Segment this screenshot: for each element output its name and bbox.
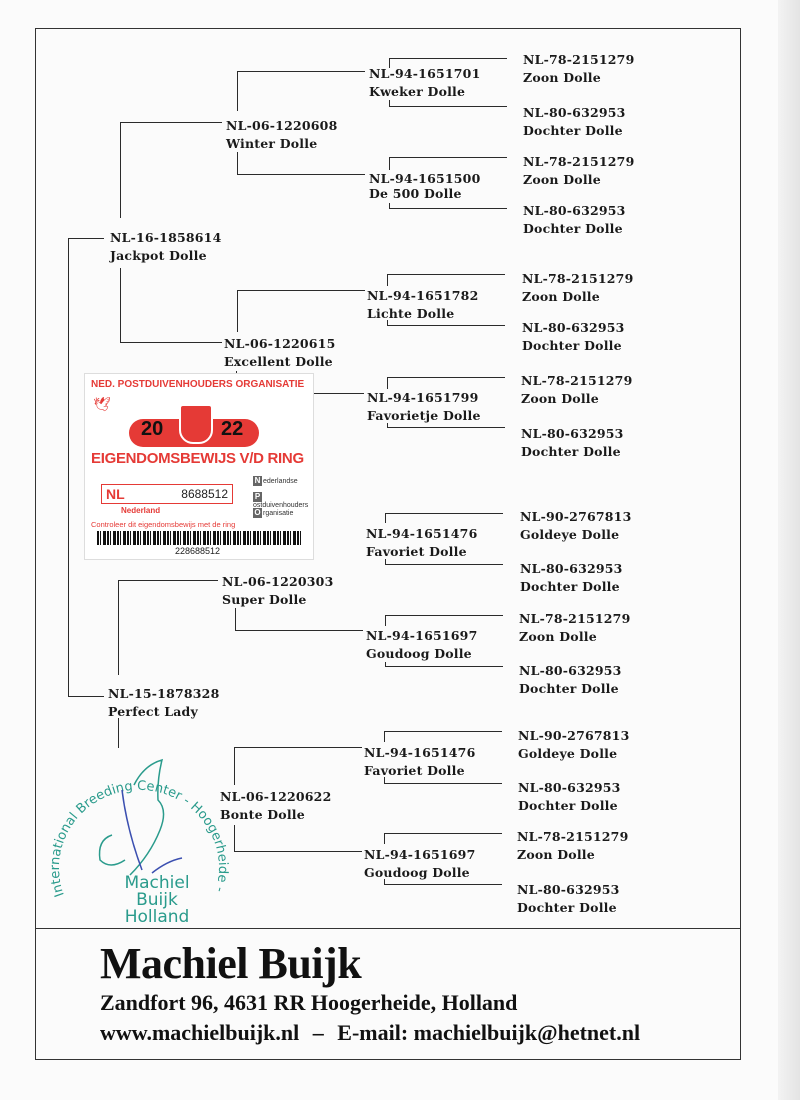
connector-line xyxy=(385,615,386,626)
connector-line xyxy=(235,630,363,631)
great-great-grandparent: NL-80-632953Dochter Dolle xyxy=(518,779,621,815)
breeder-address: Zandfort 96, 4631 RR Hoogerheide, Hollan… xyxy=(100,990,517,1016)
email-label: E-mail: xyxy=(337,1020,408,1045)
barcode xyxy=(97,531,302,545)
bird-name: Zoon Dolle xyxy=(519,628,630,646)
contact-line: www.machielbuijk.nl – E-mail: machielbui… xyxy=(100,1020,640,1046)
page-edge xyxy=(778,0,800,1100)
country-label: Nederland xyxy=(121,506,160,515)
connector-line xyxy=(120,342,222,343)
great-grandparent: NL-94-1651500 De 500 Dolle xyxy=(369,171,480,201)
eagle-icon xyxy=(100,760,183,875)
stamp-name: Machiel Buijk xyxy=(124,873,189,910)
connector-line xyxy=(237,71,365,72)
bird-name: Jackpot Dolle xyxy=(110,247,221,265)
great-grandparent: NL-94-1651697 Goudoog Dolle xyxy=(364,846,475,882)
sire: NL-16-1858614 Jackpot Dolle xyxy=(110,229,221,265)
connector-line xyxy=(385,513,503,514)
barcode-number: 228688512 xyxy=(175,546,220,556)
breeding-center-stamp: International Breeding Center - Hoogerhe… xyxy=(42,745,232,920)
great-grandparent: NL-94-1651701 Kweker Dolle xyxy=(369,65,480,101)
ring-number: NL-06-1220303 xyxy=(222,573,333,591)
connector-line xyxy=(389,208,507,209)
bird-name: Goldeye Dolle xyxy=(520,526,631,544)
ring-number: NL-94-1651701 xyxy=(369,65,480,83)
ring-number: NL-16-1858614 xyxy=(110,229,221,247)
bird-name: Favoriet Dolle xyxy=(364,762,475,780)
connector-line xyxy=(118,580,119,675)
email-link[interactable]: machielbuijk@hetnet.nl xyxy=(414,1020,640,1045)
connector-line xyxy=(387,325,505,326)
npo-line: Postduivenhouders xyxy=(253,492,313,509)
npo-letter: N xyxy=(253,476,262,486)
great-great-grandparent: NL-78-2151279Zoon Dolle xyxy=(521,372,632,408)
bird-name: Favoriet Dolle xyxy=(366,543,477,561)
bird-name: Dochter Dolle xyxy=(523,220,626,238)
ring-number: NL-94-1651476 xyxy=(366,525,477,543)
connector-line xyxy=(234,747,362,748)
year-right: 22 xyxy=(221,418,243,441)
connector-line xyxy=(68,238,69,696)
bird-name: Dochter Dolle xyxy=(520,578,623,596)
great-grandparent: NL-94-1651782 Lichte Dolle xyxy=(367,287,478,323)
ring-number: NL-90-2767813 xyxy=(518,727,629,745)
great-grandparent: NL-94-1651476 Favoriet Dolle xyxy=(366,525,477,561)
ring-number: NL-80-632953 xyxy=(517,881,620,899)
bird-name: Dochter Dolle xyxy=(523,122,626,140)
ring-number: NL-06-1220615 xyxy=(224,335,335,353)
connector-line xyxy=(384,731,502,732)
ring-number: NL-78-2151279 xyxy=(523,51,634,69)
connector-line xyxy=(120,122,121,218)
bird-name: Goldeye Dolle xyxy=(518,745,629,763)
connector-line xyxy=(385,615,503,616)
bird-name: Dochter Dolle xyxy=(519,680,622,698)
connector-line xyxy=(68,238,104,239)
stamp-country: Holland xyxy=(125,907,190,927)
connector-line xyxy=(120,122,222,123)
lion-crest-icon xyxy=(179,404,213,444)
bird-name: Dochter Dolle xyxy=(518,797,621,815)
ring-number: NL-78-2151279 xyxy=(521,372,632,390)
bird-name: Goudoog Dolle xyxy=(364,864,475,882)
connector-line xyxy=(387,377,388,389)
great-grandparent: NL-94-1651799 Favorietje Dolle xyxy=(367,389,481,425)
connector-line xyxy=(384,884,502,885)
breeder-name: Machiel Buijk xyxy=(100,938,361,989)
great-great-grandparent: NL-80-632953Dochter Dolle xyxy=(520,560,623,596)
npo-letter: O xyxy=(253,508,262,518)
connector-line xyxy=(118,718,119,748)
connector-line xyxy=(387,274,388,286)
ring-number: NL-94-1651476 xyxy=(364,744,475,762)
ring-number: NL-94-1651697 xyxy=(364,846,475,864)
ring-number: NL-80-632953 xyxy=(519,662,622,680)
connector-line xyxy=(384,731,385,742)
ring-number: NL-06-1220608 xyxy=(226,117,337,135)
bird-name: Goudoog Dolle xyxy=(366,645,477,663)
bird-name: Favorietje Dolle xyxy=(367,407,481,425)
great-grandparent: NL-94-1651697 Goudoog Dolle xyxy=(366,627,477,663)
great-great-grandparent: NL-78-2151279Zoon Dolle xyxy=(522,270,633,306)
great-grandparent: NL-94-1651476 Favoriet Dolle xyxy=(364,744,475,780)
great-great-grandparent: NL-80-632953Dochter Dolle xyxy=(517,881,620,917)
connector-line xyxy=(68,696,104,697)
ring-number: NL-80-632953 xyxy=(518,779,621,797)
ring-number: NL-15-1878328 xyxy=(108,685,219,703)
website-link[interactable]: www.machielbuijk.nl xyxy=(100,1020,299,1045)
grandparent: NL-06-1220303 Super Dolle xyxy=(222,573,333,609)
bird-name: Zoon Dolle xyxy=(523,69,634,87)
bird-name: Zoon Dolle xyxy=(523,171,634,189)
connector-line xyxy=(384,833,502,834)
ring-number: NL-78-2151279 xyxy=(523,153,634,171)
connector-line xyxy=(385,513,386,523)
great-great-grandparent: NL-78-2151279Zoon Dolle xyxy=(517,828,628,864)
dam: NL-15-1878328 Perfect Lady xyxy=(108,685,219,721)
ring-number-box: NL 8688512 xyxy=(101,484,233,504)
connector-line xyxy=(120,268,121,342)
bird-name: Zoon Dolle xyxy=(517,846,628,864)
connector-line xyxy=(384,833,385,844)
separator: – xyxy=(313,1020,324,1045)
grandparent: NL-06-1220615 Excellent Dolle xyxy=(224,335,335,371)
ring-number: NL-80-632953 xyxy=(520,560,623,578)
bird-name: Dochter Dolle xyxy=(522,337,625,355)
great-great-grandparent: NL-80-632953Dochter Dolle xyxy=(523,202,626,238)
bird-name: Bonte Dolle xyxy=(220,806,331,824)
bird-name: Super Dolle xyxy=(222,591,333,609)
ring-number: NL-94-1651782 xyxy=(367,287,478,305)
connector-line xyxy=(234,825,235,851)
connector-line xyxy=(234,747,235,785)
ring-number: NL-80-632953 xyxy=(523,104,626,122)
dove-icon: 🕊 xyxy=(93,396,111,413)
bird-name: Zoon Dolle xyxy=(522,288,633,306)
connector-line xyxy=(237,174,365,175)
card-heading: EIGENDOMSBEWIJS V/D RING xyxy=(91,450,304,467)
great-great-grandparent: NL-80-632953Dochter Dolle xyxy=(522,319,625,355)
connector-line xyxy=(389,157,390,170)
bird-name: Dochter Dolle xyxy=(517,899,620,917)
connector-line xyxy=(235,608,236,630)
connector-line xyxy=(385,564,503,565)
grandparent: NL-06-1220622 Bonte Dolle xyxy=(220,788,331,824)
check-instruction: Controleer dit eigendomsbewijs met de ri… xyxy=(91,520,235,529)
bird-name: Winter Dolle xyxy=(226,135,337,153)
connector-line xyxy=(118,580,218,581)
bird-name: De 500 Dolle xyxy=(369,186,480,201)
connector-line xyxy=(387,427,505,428)
connector-line xyxy=(234,851,362,852)
ring-number: 8688512 xyxy=(181,487,228,501)
great-great-grandparent: NL-78-2151279Zoon Dolle xyxy=(519,610,630,646)
great-great-grandparent: NL-80-632953Dochter Dolle xyxy=(521,425,624,461)
great-great-grandparent: NL-78-2151279Zoon Dolle xyxy=(523,153,634,189)
great-great-grandparent: NL-78-2151279Zoon Dolle xyxy=(523,51,634,87)
ring-ownership-card: NED. POSTDUIVENHOUDERS ORGANISATIE 🕊 20 … xyxy=(84,373,314,560)
stamp-center-text: Machiel Buijk Holland xyxy=(102,875,212,926)
bird-name: Excellent Dolle xyxy=(224,353,335,371)
connector-line xyxy=(384,783,502,784)
npo-text: ederlandse xyxy=(263,478,298,485)
bird-name: Kweker Dolle xyxy=(369,83,480,101)
connector-line xyxy=(389,157,507,158)
connector-line xyxy=(387,274,505,275)
connector-line xyxy=(237,290,238,332)
connector-line xyxy=(385,666,503,667)
connector-line xyxy=(387,377,505,378)
ring-number: NL-78-2151279 xyxy=(517,828,628,846)
great-great-grandparent: NL-80-632953Dochter Dolle xyxy=(519,662,622,698)
ring-number: NL-94-1651697 xyxy=(366,627,477,645)
npo-line: Organisatie xyxy=(253,508,293,518)
great-great-grandparent: NL-90-2767813Goldeye Dolle xyxy=(518,727,629,763)
ring-number: NL-78-2151279 xyxy=(522,270,633,288)
ring-number: NL-94-1651799 xyxy=(367,389,481,407)
connector-line xyxy=(389,58,507,59)
bird-name: Dochter Dolle xyxy=(521,443,624,461)
connector-line xyxy=(237,152,238,174)
grandparent: NL-06-1220608 Winter Dolle xyxy=(226,117,337,153)
ring-number: NL-80-632953 xyxy=(522,319,625,337)
year-left: 20 xyxy=(141,418,163,441)
bird-name: Zoon Dolle xyxy=(521,390,632,408)
ring-number: NL-94-1651500 xyxy=(369,171,480,186)
bird-name: Perfect Lady xyxy=(108,703,219,721)
ring-number: NL-80-632953 xyxy=(523,202,626,220)
connector-line xyxy=(237,71,238,111)
footer-divider xyxy=(35,928,741,929)
great-great-grandparent: NL-80-632953Dochter Dolle xyxy=(523,104,626,140)
ring-number: NL-78-2151279 xyxy=(519,610,630,628)
connector-line xyxy=(389,106,507,107)
bird-name: Lichte Dolle xyxy=(367,305,478,323)
organisation-name: NED. POSTDUIVENHOUDERS ORGANISATIE xyxy=(91,379,304,390)
ring-number: NL-06-1220622 xyxy=(220,788,331,806)
ring-number: NL-80-632953 xyxy=(521,425,624,443)
npo-text: rganisatie xyxy=(263,510,293,517)
country-code: NL xyxy=(106,486,125,502)
npo-line: Nederlandse xyxy=(253,476,298,486)
ring-number: NL-90-2767813 xyxy=(520,508,631,526)
connector-line xyxy=(237,290,365,291)
npo-letter: P xyxy=(253,492,262,502)
great-great-grandparent: NL-90-2767813Goldeye Dolle xyxy=(520,508,631,544)
